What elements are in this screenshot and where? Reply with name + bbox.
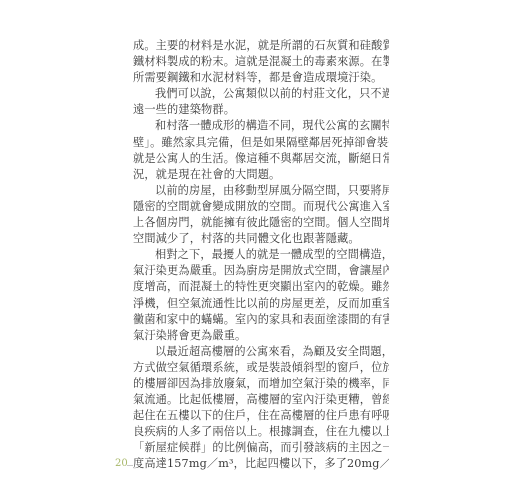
- text-line: 成。主要的材料是水泥，就是所謂的石灰質和硅酸質，並添加氧化: [133, 38, 389, 54]
- text-line: 以前的房屋，由移動型屏風分隔空間，只要將屏風移開，原本: [133, 183, 389, 199]
- text-line: 壁」。雖然家具完備，但是如果隔壁鄰居死掉卻會裝作不知道，這: [133, 135, 389, 151]
- text-line: 氣汙染更為嚴重。因為廚房是開放式空間，會讓屋內的有害毒氣濃: [133, 263, 389, 279]
- text-line: 相對之下，最擾人的就是一體成型的空間構造，會讓室內的空: [133, 247, 389, 263]
- book-page: 成。主要的材料是水泥，就是所謂的石灰質和硅酸質，並添加氧化鐵材料製成的粉末。這就…: [0, 0, 520, 500]
- text-line: 鐵材料製成的粉末。這就是混凝土的毒素來源。在製作混凝土時，: [133, 54, 389, 70]
- text-line: 氣汙染將會更為嚴重。: [133, 328, 389, 344]
- text-line: 氣流通。比起低樓層，高樓層的室內汙染更糟，曾經有項調查，比: [133, 392, 389, 408]
- text-line: 就是公寓人的生活。像這種不與鄰居交流，斷絕日常噓寒問暖的情: [133, 151, 389, 167]
- text-line: 度增高，而混凝土的特性更突顯出室內的乾燥。雖然使用了空氣清: [133, 279, 389, 295]
- body-text: 成。主要的材料是水泥，就是所謂的石灰質和硅酸質，並添加氧化鐵材料製成的粉末。這就…: [133, 38, 389, 473]
- text-line: 和村落一體成形的構造不同，現代公寓的玄關特徵是「銅牆鐵: [133, 118, 389, 134]
- text-line: 空間減少了，村落的共同體文化也跟著隱藏。: [133, 231, 389, 247]
- text-line: 所需要鋼鐵和水泥材料等，都是會造成環境汙染。: [133, 70, 389, 86]
- text-line: 黴菌和家中的蟎蟎。室內的家具和表面塗漆間的有害物質，室內空: [133, 312, 389, 328]
- text-line: 的樓層卻因為排放廢氣，而增加空氣汙染的機率，同時也不利於空: [133, 376, 389, 392]
- text-line: 淨機，但空氣流通性比以前的房屋更差，反而加重室內潮溼，孳生: [133, 296, 389, 312]
- text-line: 況，就是現在社會的大問題。: [133, 167, 389, 183]
- page-number: 20: [115, 458, 128, 469]
- text-line: 遠一些的建築物群。: [133, 102, 389, 118]
- text-line: 起住在五樓以下的住戶，住在高樓層的住戶患有呼吸疾病和消化不: [133, 408, 389, 424]
- text-line: 隱密的空間就會變成開放的空間。而現代公寓進入室內後，只要關: [133, 199, 389, 215]
- text-line: 以最近超高樓層的公寓來看，為顧及安全問題，完全是人工的: [133, 344, 389, 360]
- page-number-underline: [127, 465, 133, 466]
- text-line: 我們可以說，公寓類似以前的村莊文化，只不過是彼此距離較: [133, 86, 389, 102]
- text-line: 方式做空氣循環系統，或是裝設傾斜型的窗戶，位於都市中，越高: [133, 360, 389, 376]
- text-line: 良疾病的人多了兩倍以上。根據調查，住在九樓以上的住戶，患有: [133, 424, 389, 440]
- text-line: 「新屋症候群」的比例偏高，而引發該病的主因之一——甲醛，濃: [133, 440, 389, 456]
- text-line: 上各個房門，就能擁有彼此隱密的空間。個人空間增加，彼此共同: [133, 215, 389, 231]
- text-line: 度高達157mg／m³，比起四樓以下，多了20mg／m³以上，這證明了高: [133, 456, 389, 472]
